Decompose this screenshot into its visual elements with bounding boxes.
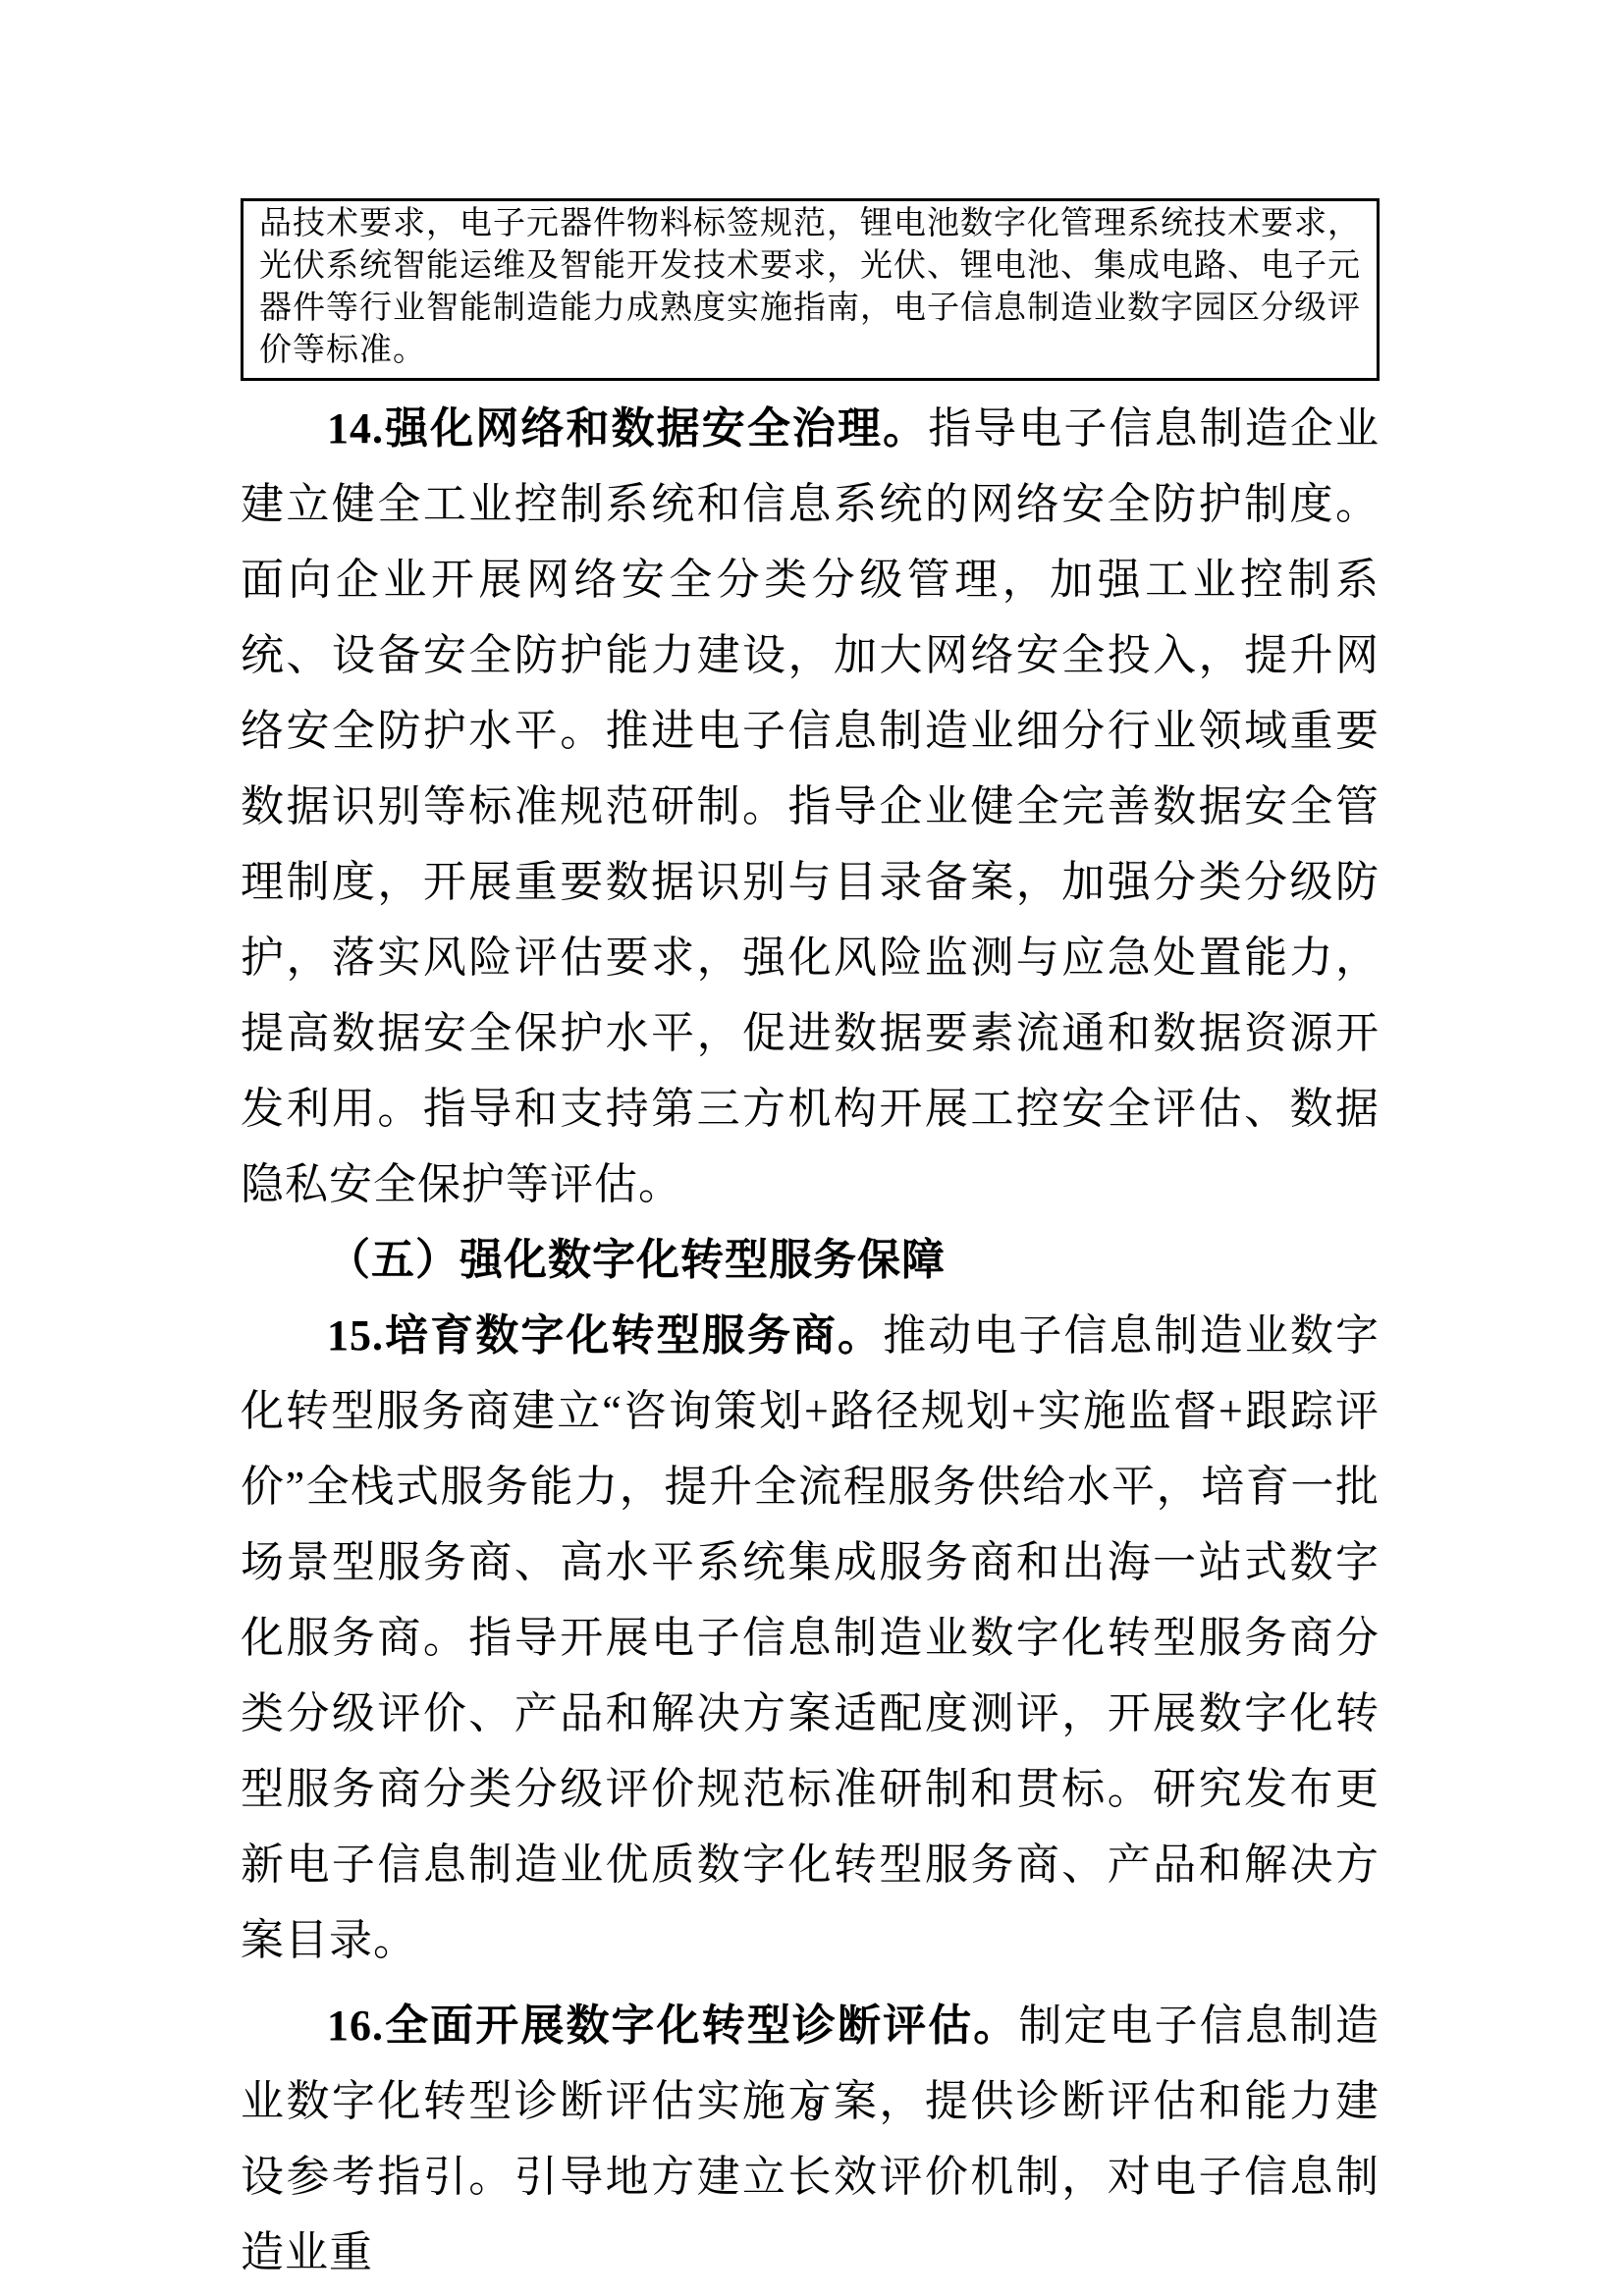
subsection-5-heading-text: （五）强化数字化转型服务保障 (327, 1236, 946, 1284)
section-14-paragraph: 14.强化网络和数据安全治理。指导电子信息制造企业建立健全工业控制系统和信息系统… (241, 391, 1380, 1222)
section-15-heading: 15.培育数字化转型服务商。 (327, 1311, 883, 1360)
page-number-text: 8 (804, 2092, 821, 2128)
subsection-5-heading: （五）强化数字化转型服务保障 (241, 1222, 1380, 1298)
page-number: 8 (0, 2089, 1624, 2132)
continuation-box-text: 品技术要求，电子元器件物料标签规范，锂电池数字化管理系统技术要求，光伏系统智能运… (259, 206, 1361, 368)
page-body: 品技术要求，电子元器件物料标签规范，锂电池数字化管理系统技术要求，光伏系统智能运… (241, 198, 1380, 2290)
continuation-box: 品技术要求，电子元器件物料标签规范，锂电池数字化管理系统技术要求，光伏系统智能运… (241, 198, 1380, 381)
section-15-body: 推动电子信息制造业数字化转型服务商建立“咨询策划+路径规划+实施监督+跟踪评价”… (241, 1311, 1380, 1964)
section-14-body: 指导电子信息制造企业建立健全工业控制系统和信息系统的网络安全防护制度。面向企业开… (241, 404, 1380, 1208)
section-16-paragraph: 16.全面开展数字化转型诊断评估。制定电子信息制造业数字化转型诊断评估实施方案，… (241, 1988, 1380, 2290)
section-14-heading: 14.强化网络和数据安全治理。 (327, 404, 928, 453)
section-16-heading: 16.全面开展数字化转型诊断评估。 (327, 2002, 1018, 2050)
section-15-paragraph: 15.培育数字化转型服务商。推动电子信息制造业数字化转型服务商建立“咨询策划+路… (241, 1298, 1380, 1978)
